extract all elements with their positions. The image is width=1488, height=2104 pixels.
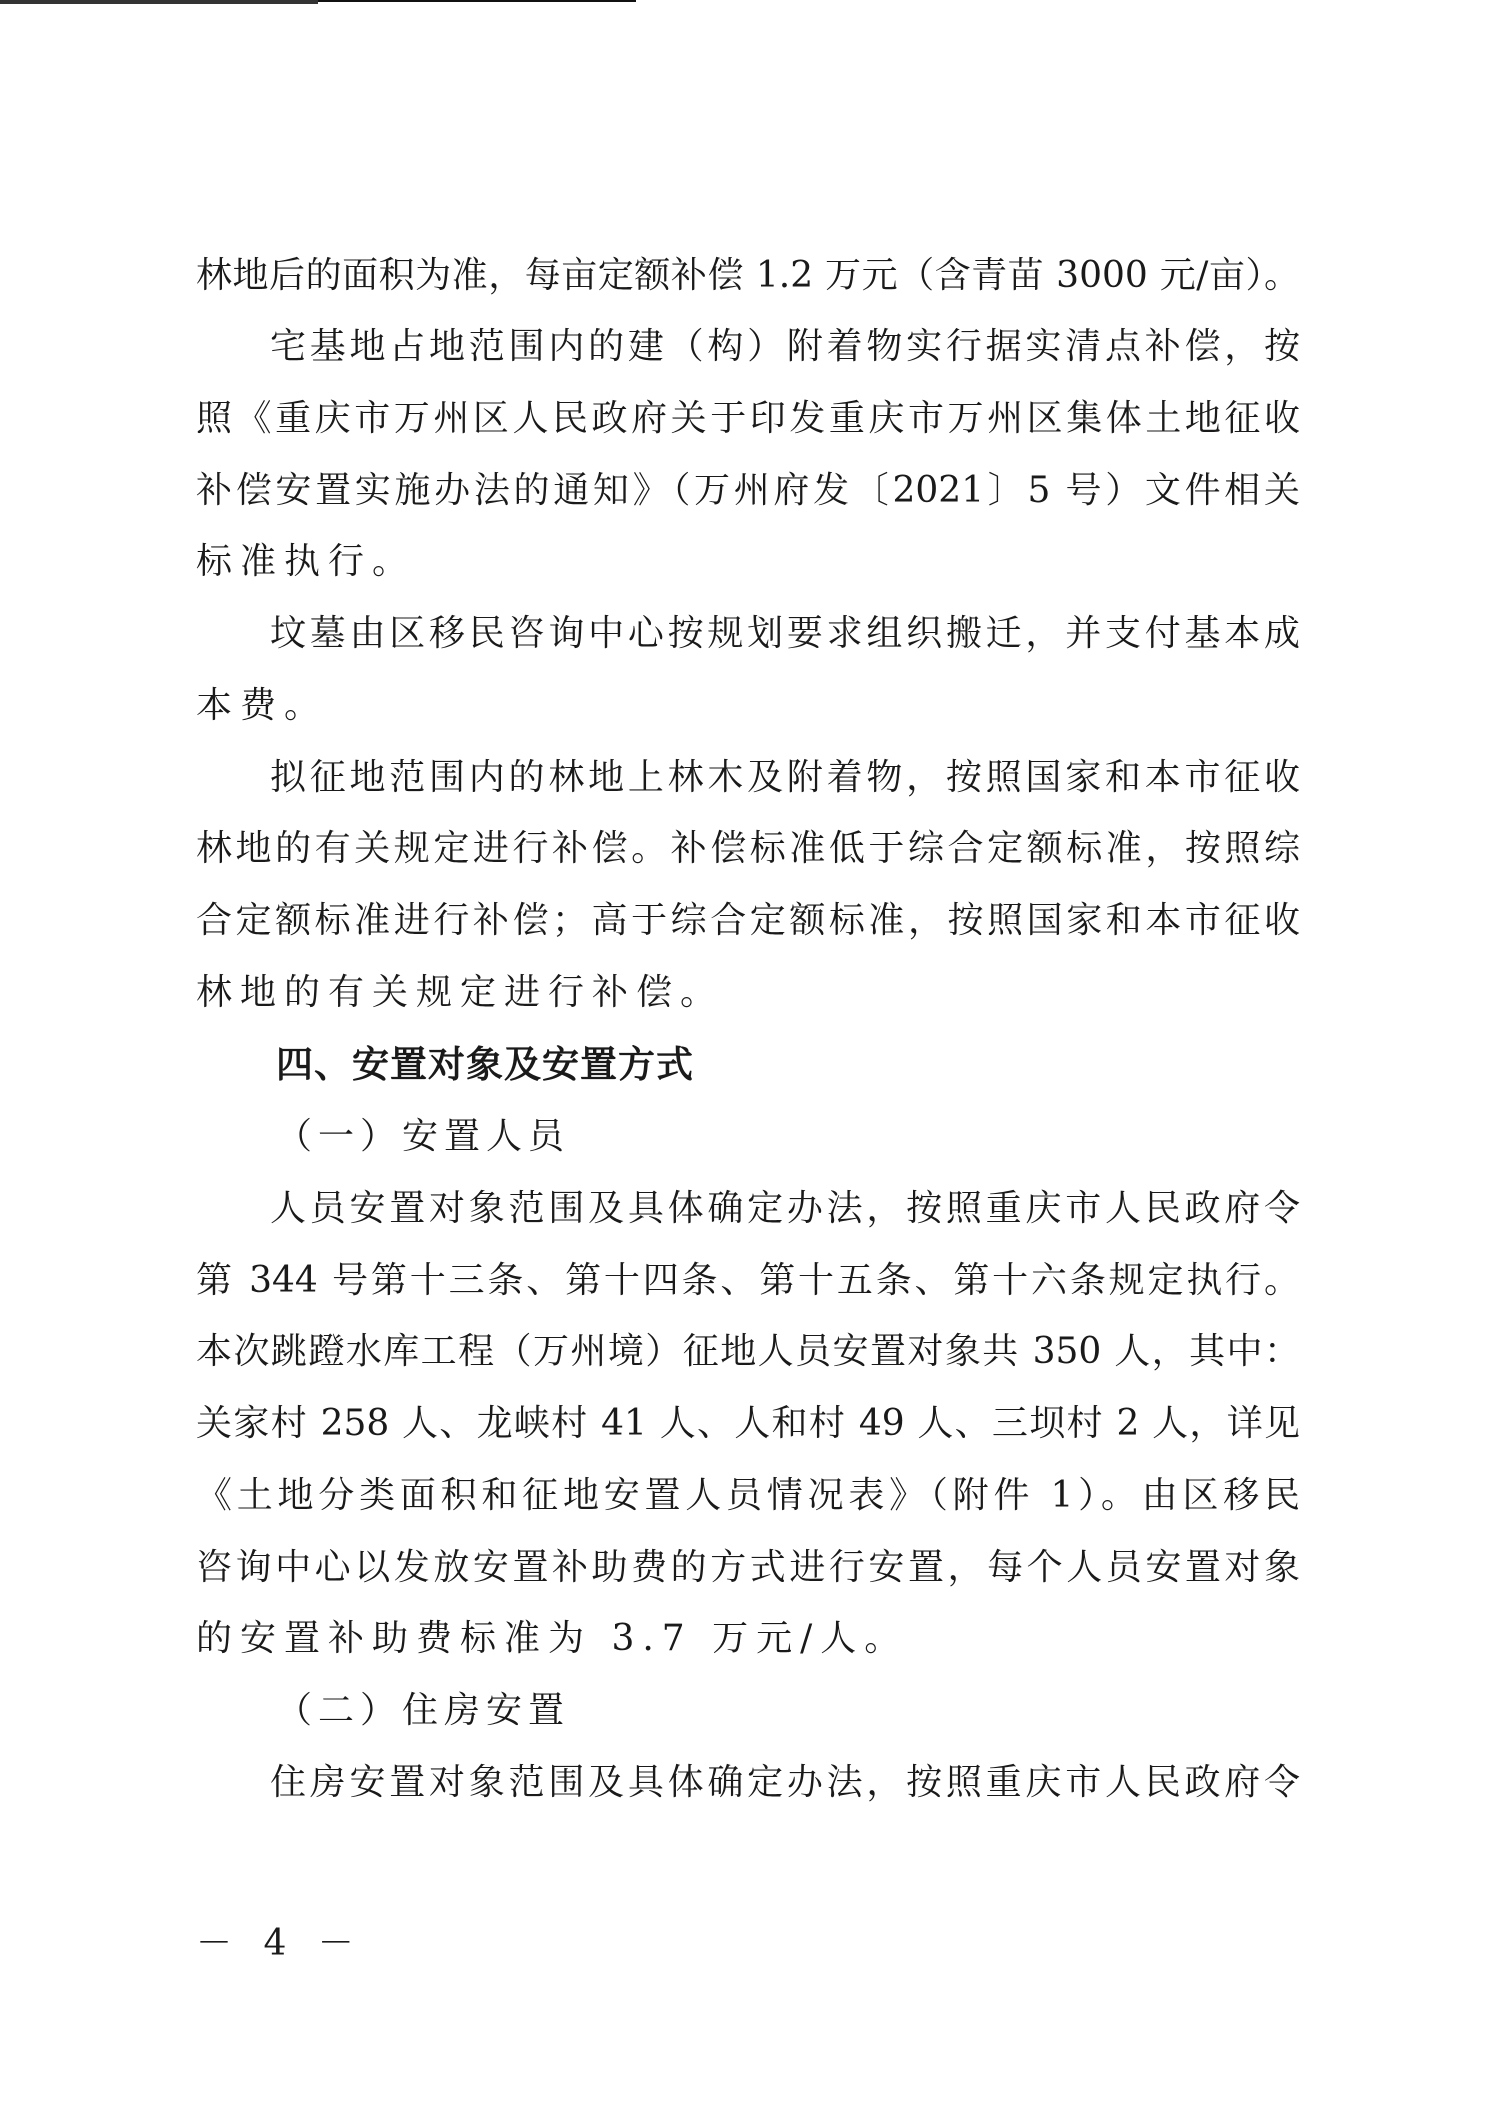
document-page: 林地后的面积为准，每亩定额补偿 1.2 万元（含青苗 3000 元/亩）。 宅基…: [0, 0, 1488, 2104]
paragraph-line: 本次跳蹬水库工程（万州境）征地人员安置对象共 350 人，其中：: [196, 1327, 1300, 1377]
paragraph-line: 补偿安置实施办法的通知》（万州府发〔2021〕5 号）文件相关: [196, 466, 1300, 516]
paragraph-line: 《土地分类面积和征地安置人员情况表》（附件 1）。由区移民: [196, 1471, 1300, 1521]
subsection-heading: （一）安置人员: [276, 1112, 570, 1162]
page-number: － 4 －: [196, 1922, 364, 1966]
paragraph-line: 拟征地范围内的林地上林木及附着物，按照国家和本市征收: [270, 753, 1300, 803]
paragraph-line: 本费。: [196, 681, 1300, 731]
paragraph-line: 照《重庆市万州区人民政府关于印发重庆市万州区集体土地征收: [196, 394, 1300, 444]
paragraph-line: 的安置补助费标准为 3.7 万元/人。: [196, 1614, 1300, 1664]
paragraph-line: 标准执行。: [196, 537, 1300, 587]
paragraph-line: 宅基地占地范围内的建（构）附着物实行据实清点补偿，按: [270, 322, 1300, 372]
paragraph-line: 住房安置对象范围及具体确定办法，按照重庆市人民政府令: [270, 1758, 1300, 1808]
paragraph-line: 人员安置对象范围及具体确定办法，按照重庆市人民政府令: [270, 1184, 1300, 1234]
paragraph-line: 咨询中心以发放安置补助费的方式进行安置，每个人员安置对象: [196, 1543, 1300, 1593]
scan-edge-artifact-thin: [318, 0, 636, 2]
paragraph-line: 坟墓由区移民咨询中心按规划要求组织搬迁，并支付基本成: [270, 609, 1300, 659]
paragraph-line: 合定额标准进行补偿；高于综合定额标准，按照国家和本市征收: [196, 896, 1300, 946]
section-heading: 四、安置对象及安置方式: [276, 1040, 694, 1090]
paragraph-line: 林地的有关规定进行补偿。补偿标准低于综合定额标准，按照综: [196, 824, 1300, 874]
scan-edge-artifact: [0, 0, 318, 4]
paragraph-line: 林地后的面积为准，每亩定额补偿 1.2 万元（含青苗 3000 元/亩）。: [196, 251, 1300, 301]
paragraph-line: 关家村 258 人、龙峡村 41 人、人和村 49 人、三坝村 2 人，详见: [196, 1399, 1300, 1449]
subsection-heading: （二）住房安置: [276, 1686, 570, 1736]
paragraph-line: 第 344 号第十三条、第十四条、第十五条、第十六条规定执行。: [196, 1256, 1300, 1306]
paragraph-line: 林地的有关规定进行补偿。: [196, 968, 1300, 1018]
